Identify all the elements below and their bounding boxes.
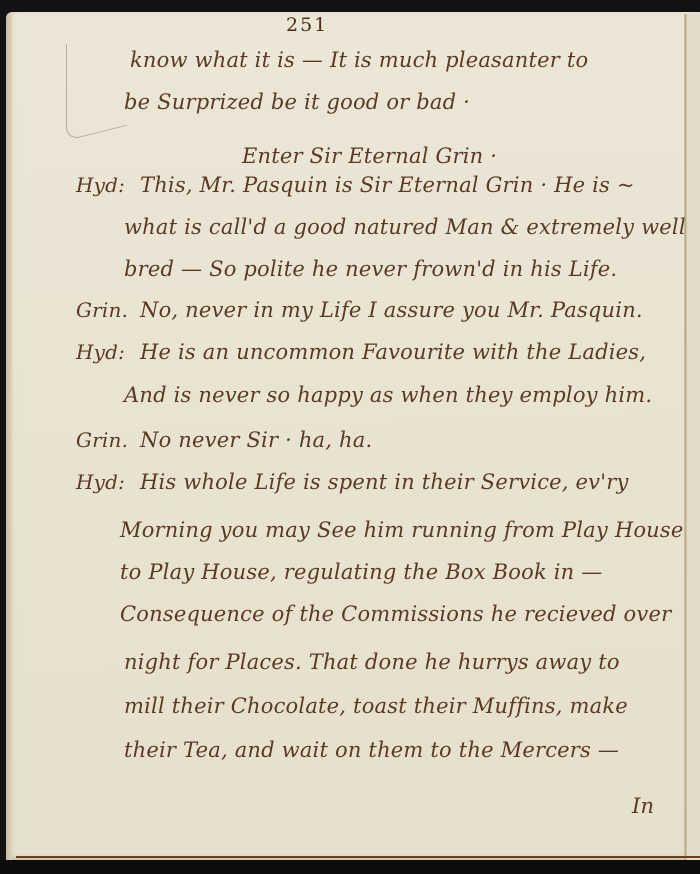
page-left-edge [6,16,12,860]
next-page-edge [687,14,700,860]
manuscript-line: bred — So polite he never frown'd in his… [124,259,617,280]
speaker-label: Hyd: [76,342,125,362]
manuscript-line: And is never so happy as when they emplo… [124,385,652,406]
manuscript-line: mill their Chocolate, toast their Muffin… [124,696,628,717]
page-number: 251 [286,16,328,35]
manuscript-line: their Tea, and wait on them to the Merce… [124,740,619,761]
manuscript-line: He is an uncommon Favourite with the Lad… [140,342,646,363]
manuscript-line: night for Places. That done he hurrys aw… [124,652,620,673]
manuscript-line: No, never in my Life I assure you Mr. Pa… [140,300,643,321]
speaker-label: Grin. [76,430,128,450]
speaker-label: Hyd: [76,472,125,492]
manuscript-line: be Surprized be it good or bad · [124,92,470,113]
page-bottom-edge [16,856,700,858]
manuscript-line: what is call'd a good natured Man & extr… [124,217,686,238]
stage-direction: Enter Sir Eternal Grin · [242,146,497,167]
manuscript-line: Morning you may See him running from Pla… [120,520,684,541]
manuscript-line: to Play House, regulating the Box Book i… [120,562,602,583]
catchword: In [632,796,654,817]
manuscript-line: Consequence of the Commissions he reciev… [120,604,671,625]
speaker-label: Grin. [76,300,128,320]
manuscript-line: His whole Life is spent in their Service… [140,472,629,493]
pencil-margin-mark [66,29,127,141]
manuscript-line: This, Mr. Pasquin is Sir Eternal Grin · … [140,175,635,196]
speaker-label: Hyd: [76,175,125,195]
manuscript-line: No never Sir · ha, ha. [140,430,372,451]
frame-shadow [0,860,700,874]
manuscript-line: know what it is — It is much pleasanter … [130,50,588,71]
